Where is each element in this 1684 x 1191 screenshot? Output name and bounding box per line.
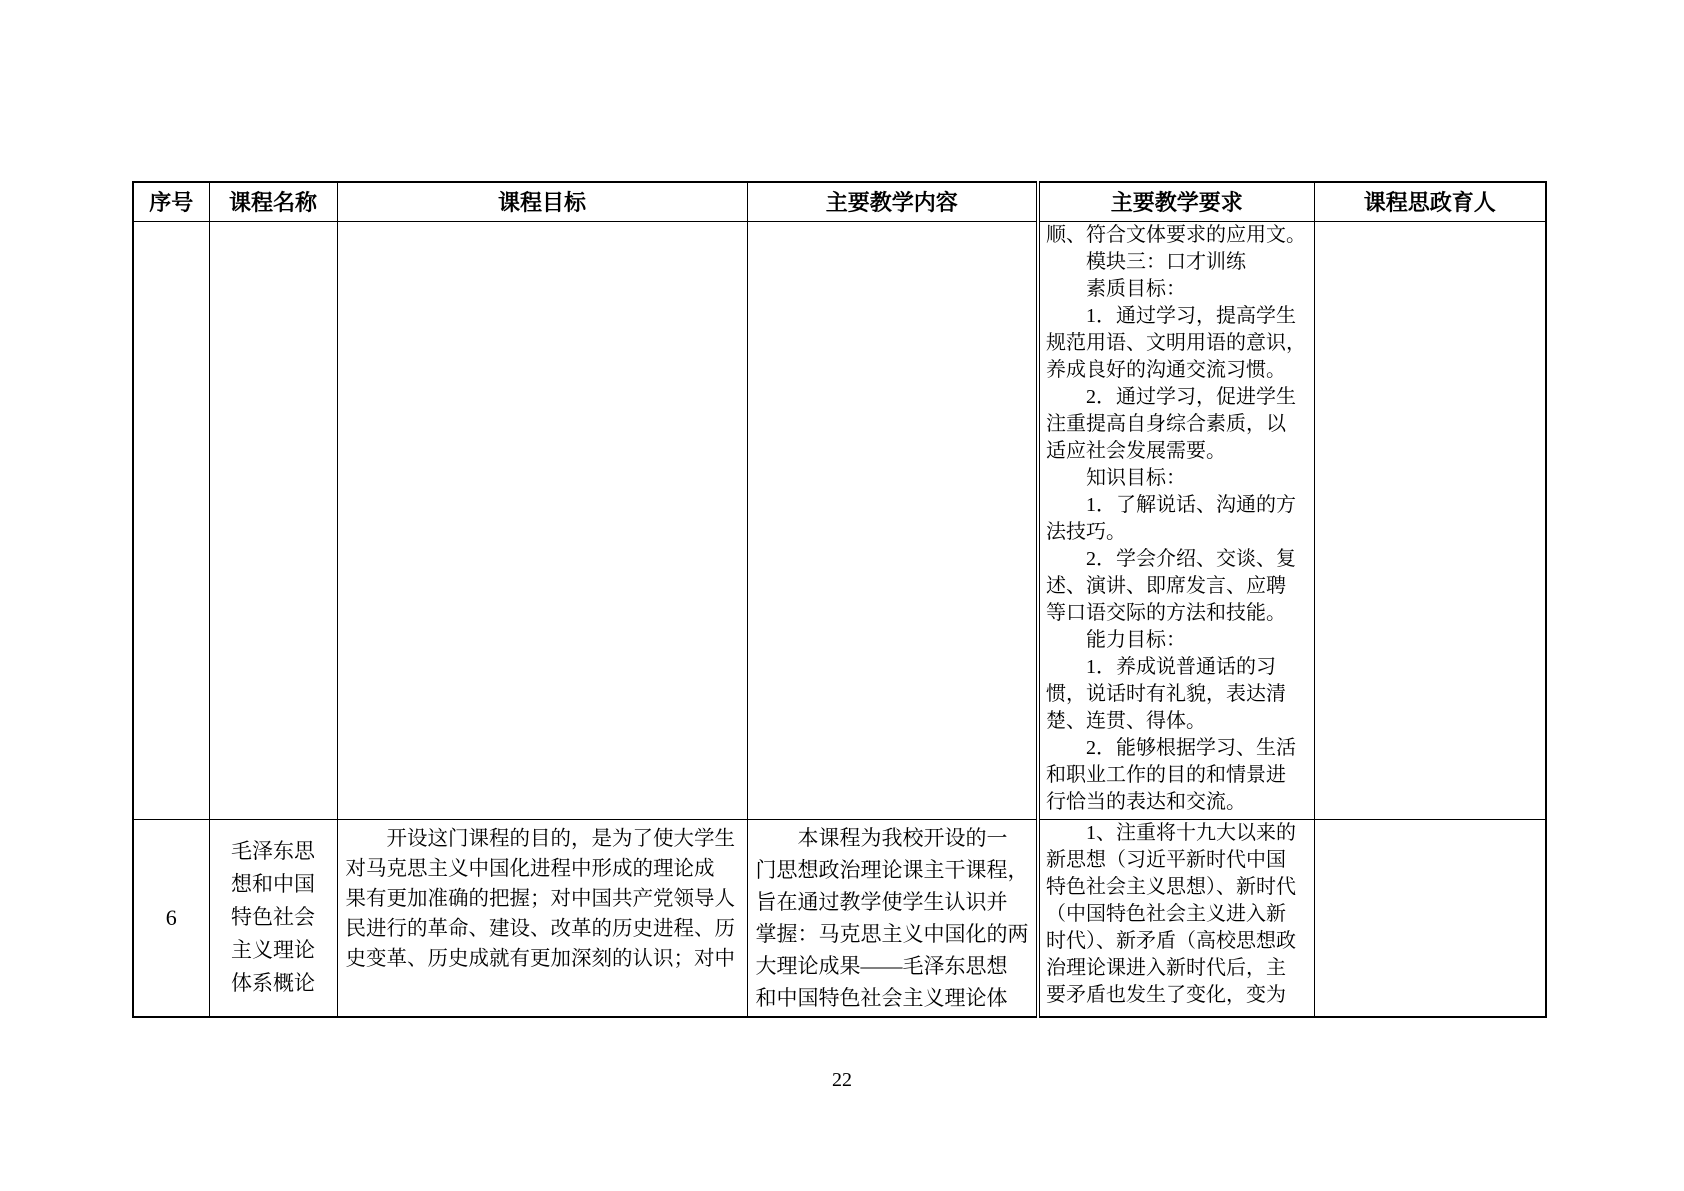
cell-seq — [133, 221, 209, 819]
course-table: 序号 课程名称 课程目标 主要教学内容 主要教学要求 课程思政育人 顺、符合文体… — [132, 181, 1547, 1018]
text-line: 行恰当的表达和交流。 — [1046, 789, 1308, 816]
text-line: 适应社会发展需要。 — [1046, 438, 1308, 465]
text-line: 述、演讲、即席发言、应聘 — [1046, 573, 1308, 600]
text-line: 治理论课进入新时代后，主 — [1046, 955, 1308, 982]
text-line: 顺、符合文体要求的应用文。 — [1046, 222, 1308, 249]
text-line: 特色社会主义思想）、新时代 — [1046, 874, 1308, 901]
text-line: 毛泽东思 — [214, 835, 333, 868]
text-line: 特色社会 — [214, 901, 333, 934]
text-line: 能力目标： — [1046, 627, 1308, 654]
text-line: 想和中国 — [214, 868, 333, 901]
header-content: 主要教学内容 — [747, 182, 1038, 221]
text-line: 2．能够根据学习、生活 — [1046, 735, 1308, 762]
cell-course-name — [209, 221, 337, 819]
text-line: （中国特色社会主义进入新 — [1046, 901, 1308, 928]
table-row-course-6: 6 毛泽东思想和中国特色社会主义理论体系概论 开设这门课程的目的，是为了使大学生… — [133, 819, 1546, 1017]
text-line: 新思想（习近平新时代中国 — [1046, 847, 1308, 874]
text-line: 开设这门课程的目的，是为了使大学生 — [346, 824, 739, 854]
text-line: 素质目标： — [1046, 276, 1308, 303]
cell-content: 本课程为我校开设的一门思想政治理论课主干课程，旨在通过教学使学生认识并掌握：马克… — [747, 819, 1038, 1017]
text-line: 模块三：口才训练 — [1046, 249, 1308, 276]
text-line: 2．学会介绍、交谈、复 — [1046, 546, 1308, 573]
document-page: 序号 课程名称 课程目标 主要教学内容 主要教学要求 课程思政育人 顺、符合文体… — [132, 181, 1547, 1018]
header-objectives: 课程目标 — [337, 182, 747, 221]
header-row: 序号 课程名称 课程目标 主要教学内容 主要教学要求 课程思政育人 — [133, 182, 1546, 221]
page-number: 22 — [0, 1069, 1684, 1092]
text-line: 法技巧。 — [1046, 519, 1308, 546]
cell-content — [747, 221, 1038, 819]
text-line: 和中国特色社会主义理论体 — [756, 982, 1029, 1014]
cell-objectives: 开设这门课程的目的，是为了使大学生对马克思主义中国化进程中形成的理论成果有更加准… — [337, 819, 747, 1017]
text-line: 旨在通过教学使学生认识并 — [756, 886, 1029, 918]
text-line: 注重提高自身综合素质，以 — [1046, 411, 1308, 438]
text-line: 门思想政治理论课主干课程， — [756, 854, 1029, 886]
cell-seq: 6 — [133, 819, 209, 1017]
cell-requirements: 1、注重将十九大以来的新思想（习近平新时代中国特色社会主义思想）、新时代（中国特… — [1038, 819, 1314, 1017]
header-course-name: 课程名称 — [209, 182, 337, 221]
header-seq: 序号 — [133, 182, 209, 221]
text-line: 1．了解说话、沟通的方 — [1046, 492, 1308, 519]
text-line: 主义理论 — [214, 934, 333, 967]
text-line: 时代）、新矛盾（高校思想政 — [1046, 928, 1308, 955]
text-line: 要矛盾也发生了变化，变为 — [1046, 982, 1308, 1009]
table-row-continuation: 顺、符合文体要求的应用文。 模块三：口才训练 素质目标： 1．通过学习，提高学生… — [133, 221, 1546, 819]
text-line: 民进行的革命、建设、改革的历史进程、历 — [346, 914, 739, 944]
text-line: 惯，说话时有礼貌，表达清 — [1046, 681, 1308, 708]
text-line: 体系概论 — [214, 967, 333, 1000]
text-line: 1、注重将十九大以来的 — [1046, 820, 1308, 847]
cell-ideology — [1314, 819, 1546, 1017]
text-line: 本课程为我校开设的一 — [756, 822, 1029, 854]
cell-objectives — [337, 221, 747, 819]
text-line: 大理论成果——毛泽东思想 — [756, 950, 1029, 982]
cell-requirements: 顺、符合文体要求的应用文。 模块三：口才训练 素质目标： 1．通过学习，提高学生… — [1038, 221, 1314, 819]
text-line: 果有更加准确的把握；对中国共产党领导人 — [346, 884, 739, 914]
text-line: 和职业工作的目的和情景进 — [1046, 762, 1308, 789]
text-line: 知识目标： — [1046, 465, 1308, 492]
text-line: 史变革、历史成就有更加深刻的认识；对中 — [346, 944, 739, 974]
text-line: 等口语交际的方法和技能。 — [1046, 600, 1308, 627]
text-line: 对马克思主义中国化进程中形成的理论成 — [346, 854, 739, 884]
text-line: 1．通过学习，提高学生 — [1046, 303, 1308, 330]
cell-course-name: 毛泽东思想和中国特色社会主义理论体系概论 — [209, 819, 337, 1017]
text-line: 掌握：马克思主义中国化的两 — [756, 918, 1029, 950]
text-line: 规范用语、文明用语的意识， — [1046, 330, 1308, 357]
header-ideology: 课程思政育人 — [1314, 182, 1546, 221]
cell-ideology — [1314, 221, 1546, 819]
text-line: 1．养成说普通话的习 — [1046, 654, 1308, 681]
text-line: 2．通过学习，促进学生 — [1046, 384, 1308, 411]
text-line: 养成良好的沟通交流习惯。 — [1046, 357, 1308, 384]
text-line: 楚、连贯、得体。 — [1046, 708, 1308, 735]
header-requirements: 主要教学要求 — [1038, 182, 1314, 221]
